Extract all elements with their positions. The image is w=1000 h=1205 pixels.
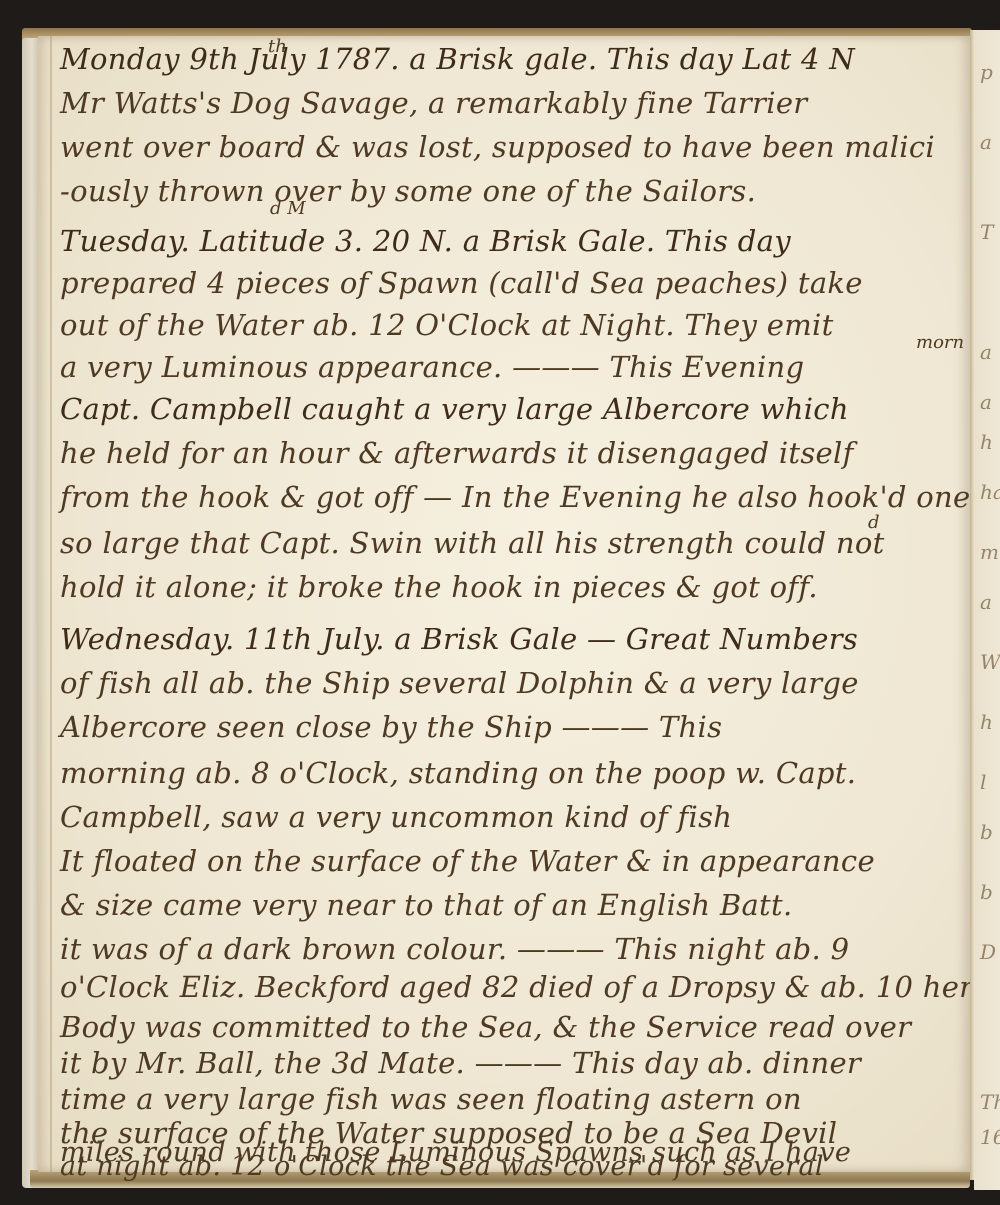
adjacent-page-edge: p a T a a h ha m a W h l b b D Th 16 xyxy=(974,30,1000,1190)
adjacent-text-fragment: h xyxy=(980,710,993,734)
adjacent-text-fragment: h xyxy=(980,430,993,454)
adjacent-text-fragment: a xyxy=(980,390,992,414)
adjacent-text-fragment: p xyxy=(980,60,993,84)
journal-line: hold it alone; it broke the hook in piec… xyxy=(60,570,970,604)
interlinear-note: morn xyxy=(916,332,964,353)
adjacent-text-fragment: ha xyxy=(980,480,1000,504)
adjacent-text-fragment: a xyxy=(980,130,992,154)
adjacent-text-fragment: 16 xyxy=(980,1125,1000,1149)
journal-line: Albercore seen close by the Ship ——— Thi… xyxy=(60,710,970,744)
journal-line: It floated on the surface of the Water &… xyxy=(60,844,970,878)
adjacent-text-fragment: m xyxy=(980,540,999,564)
adjacent-text-fragment: a xyxy=(980,340,992,364)
journal-line: Capt. Campbell caught a very large Alber… xyxy=(60,392,970,426)
journal-line: prepared 4 pieces of Spawn (call'd Sea p… xyxy=(60,266,970,300)
journal-line: Tuesday. Latitude 3. 20 N. a Brisk Gale.… xyxy=(60,224,970,258)
journal-line: Wednesday. 11th July. a Brisk Gale — Gre… xyxy=(60,622,970,656)
journal-line: & size came very near to that of an Engl… xyxy=(60,888,970,922)
journal-line: of fish all ab. the Ship several Dolphin… xyxy=(60,666,970,700)
journal-line: -ously thrown over by some one of the Sa… xyxy=(60,174,970,208)
adjacent-text-fragment: Th xyxy=(980,1090,1000,1114)
journal-line: from the hook & got off — In the Evening… xyxy=(60,480,970,514)
superscript-note: th xyxy=(268,36,287,57)
journal-page: Monday 9th July 1787. a Brisk gale. This… xyxy=(38,36,970,1172)
journal-line: a very Luminous appearance. ——— This Eve… xyxy=(60,350,970,384)
manuscript-scan: Monday 9th July 1787. a Brisk gale. This… xyxy=(0,0,1000,1205)
journal-line: it by Mr. Ball, the 3d Mate. ——— This da… xyxy=(60,1046,970,1080)
adjacent-text-fragment: b xyxy=(980,820,993,844)
adjacent-text-fragment: T xyxy=(980,220,993,244)
journal-line: it was of a dark brown colour. ——— This … xyxy=(60,932,970,966)
margin-rule xyxy=(50,36,52,1172)
adjacent-text-fragment: a xyxy=(980,590,992,614)
adjacent-text-fragment: l xyxy=(980,770,986,794)
interlinear-note: d M xyxy=(270,198,306,219)
journal-line: o'Clock Eliz. Beckford aged 82 died of a… xyxy=(60,970,970,1004)
journal-line: time a very large fish was seen floating… xyxy=(60,1082,970,1116)
adjacent-text-fragment: D xyxy=(980,940,996,964)
journal-line: Mr Watts's Dog Savage, a remarkably fine… xyxy=(60,86,970,120)
interlinear-note: d xyxy=(868,512,880,533)
journal-line: went over board & was lost, supposed to … xyxy=(60,130,970,164)
adjacent-text-fragment: W xyxy=(980,650,1000,674)
journal-line: out of the Water ab. 12 O'Clock at Night… xyxy=(60,308,970,342)
journal-line: Campbell, saw a very uncommon kind of fi… xyxy=(60,800,970,834)
journal-line: so large that Capt. Swin with all his st… xyxy=(60,526,970,560)
journal-line: Body was committed to the Sea, & the Ser… xyxy=(60,1010,970,1044)
journal-line: morning ab. 8 o'Clock, standing on the p… xyxy=(60,756,970,790)
journal-line: Monday 9th July 1787. a Brisk gale. This… xyxy=(60,42,970,76)
journal-line: he held for an hour & afterwards it dise… xyxy=(60,436,970,470)
adjacent-text-fragment: b xyxy=(980,880,993,904)
journal-line: miles round with those Luminous Spawns s… xyxy=(60,1136,970,1170)
